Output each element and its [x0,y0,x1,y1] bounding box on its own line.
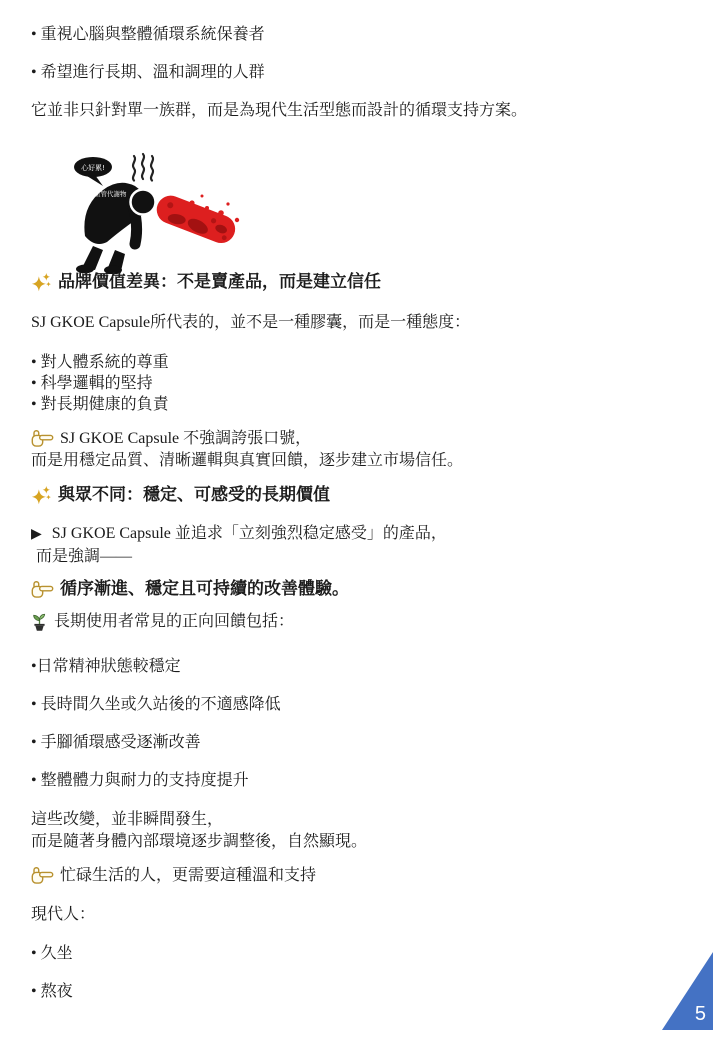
pointing-hand-icon [31,581,54,598]
intro-summary: 它並非只針對單一族群，而是為現代生活型態而設計的循環支持方案。 [31,101,527,120]
pointing-hand-icon [31,430,54,447]
brand-heading-row: 品牌價值差異：不是賣產品，而是建立信任 [31,272,381,293]
closing-line2: 而是隨著身體內部環境逐步調整後，自然顯現。 [31,832,367,851]
speech-bubble-text: 心好累! [81,163,105,172]
sparkles-icon [31,485,52,506]
blood-vessel-graphic [153,192,240,248]
triangle-marker-icon: ▶ [31,526,42,542]
intro-bullet-1: • 重視心腦與整體循環系統保養者 [31,25,265,44]
support-point: 忙碌生活的人，更需要這種溫和支持 [60,866,316,885]
support-point-row: 忙碌生活的人，更需要這種溫和支持 [31,866,316,885]
page-number-wrap: 5 [662,952,713,1030]
brand-heading: 品牌價值差異：不是賣產品，而是建立信任 [58,272,381,292]
feedback-intro: 長期使用者常見的正向回饋包括： [54,612,294,631]
difference-line2: 而是強調—— [36,547,132,566]
steam-lines-icon [133,154,153,181]
feedback-bullet-3: • 手腳循環感受逐漸改善 [31,733,201,752]
page-number: 5 [695,1003,706,1026]
feedback-bullet-1: •日常精神狀態較穩定 [31,657,181,676]
brand-bullet-3: • 對長期健康的負責 [31,395,169,414]
brand-point-line1: SJ GKOE Capsule 不強調誇張口號， [60,429,311,448]
modern-bullet-1: • 久坐 [31,944,73,963]
difference-heading: 與眾不同：穩定、可感受的長期價值 [58,485,330,505]
brand-point-line2: 而是用穩定品質、清晰邏輯與真實回饋，逐步建立市場信任。 [31,451,463,470]
sparkles-icon [31,272,52,293]
speech-bubble: 心好累! [74,157,112,186]
difference-line1: SJ GKOE Capsule 並追求「立刻強烈稳定感受」的產品， [52,525,447,542]
modern-intro: 現代人： [31,905,95,924]
closing-line1: 這些改變，並非瞬間發生， [31,810,223,829]
brand-intro: SJ GKOE Capsule所代表的，並不是一種膠囊，而是一種態度： [31,313,470,332]
pointing-hand-icon [31,867,54,884]
emphasis-text: 循序漸進、穩定且可持續的改善體驗。 [60,579,349,599]
bent-person-silhouette: 血管代謝物 [76,183,156,274]
document-page: { "page": { "number": "5", "accent_gold"… [0,0,720,1040]
brand-bullet-2: • 科學邏輯的堅持 [31,374,153,393]
brand-bullet-1: • 對人體系統的尊重 [31,353,169,372]
tired-person-blood-vessel-illustration: 血管代謝物 心好累! [55,146,245,274]
emphasis-row: 循序漸進、穩定且可持續的改善體驗。 [31,579,349,599]
difference-heading-row: 與眾不同：穩定、可感受的長期價值 [31,485,330,506]
brand-point-row: SJ GKOE Capsule 不強調誇張口號， [31,429,311,448]
vessel-label-text: 血管代謝物 [94,189,127,198]
intro-bullet-2: • 希望進行長期、溫和調理的人群 [31,63,265,82]
feedback-bullet-4: • 整體體力與耐力的支持度提升 [31,771,249,790]
feedback-intro-row: 長期使用者常見的正向回饋包括： [31,612,294,632]
illustration-canvas: 血管代謝物 心好累! [55,146,245,274]
modern-bullet-2: • 熬夜 [31,982,73,1001]
feedback-bullet-2: • 長時間久坐或久站後的不適感降低 [31,695,281,714]
difference-line1-row: ▶SJ GKOE Capsule 並追求「立刻強烈稳定感受」的產品， [31,524,447,543]
seedling-icon [31,612,48,632]
